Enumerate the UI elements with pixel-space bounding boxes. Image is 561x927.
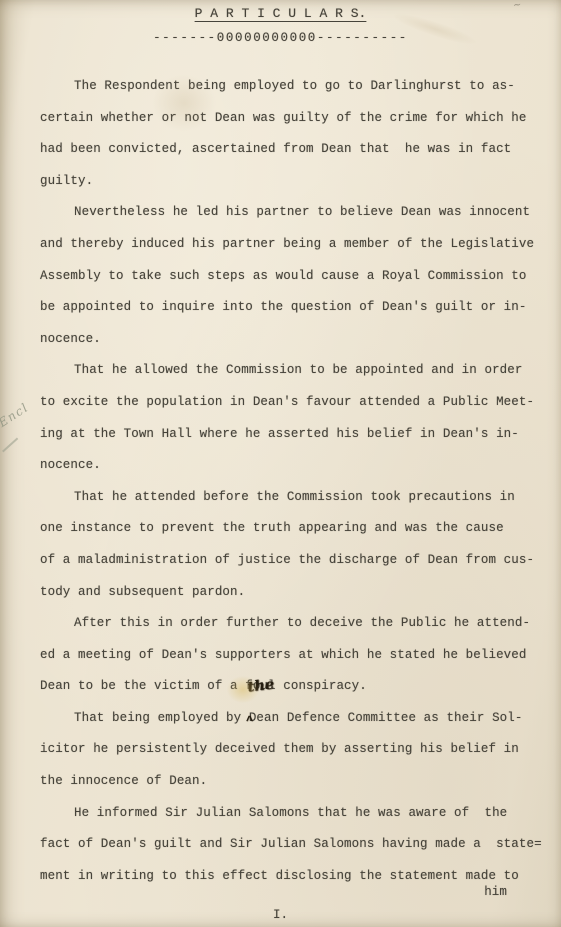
document-line: Dean to be the victim of a foul conspira…	[40, 671, 537, 703]
document-line: to excite the population in Dean's favou…	[40, 387, 537, 419]
document-line: That he attended before the Commission t…	[40, 482, 537, 514]
document-line: ment in writing to this effect disclosin…	[40, 861, 537, 893]
paper-stain	[227, 676, 259, 703]
document-line: nocence.	[40, 324, 537, 356]
document-line: of a maladministration of justice the di…	[40, 545, 537, 577]
document-line: the innocence of Dean.	[40, 766, 537, 798]
title-ornament: -------00000000000----------	[0, 31, 561, 45]
document-line: certain whether or not Dean was guilty o…	[40, 103, 537, 135]
document-line: He informed Sir Julian Salomons that he …	[40, 798, 537, 830]
document-line: Assembly to take such steps as would cau…	[40, 261, 537, 293]
document-line: ed a meeting of Dean's supporters at whi…	[40, 640, 537, 672]
document-line: ing at the Town Hall where he asserted h…	[40, 419, 537, 451]
document-line: That he allowed the Commission to be app…	[40, 355, 537, 387]
document-line: icitor he persistently deceived them by …	[40, 734, 537, 766]
scanned-document-page: P A R T I C U L A R S. -------0000000000…	[0, 0, 561, 927]
paper-smudge	[152, 74, 216, 132]
page-title: P A R T I C U L A R S.	[0, 6, 561, 21]
pencil-mark: ~	[512, 0, 522, 12]
document-line: guilty.	[40, 166, 537, 198]
document-line: Nevertheless he led his partner to belie…	[40, 197, 537, 229]
document-line: That being employed by Dean Defence Comm…	[40, 703, 537, 735]
document-line: tody and subsequent pardon.	[40, 577, 537, 609]
document-line: fact of Dean's guilt and Sir Julian Salo…	[40, 829, 537, 861]
document-line: After this in order further to deceive t…	[40, 608, 537, 640]
document-line: one instance to prevent the truth appear…	[40, 513, 537, 545]
document-line: nocence.	[40, 450, 537, 482]
document-line: and thereby induced his partner being a …	[40, 229, 537, 261]
document-line: The Respondent being employed to go to D…	[40, 71, 537, 103]
document-line: be appointed to inquire into the questio…	[40, 292, 537, 324]
document-line: had been convicted, ascertained from Dea…	[40, 134, 537, 166]
document-body: The Respondent being employed to go to D…	[0, 71, 561, 909]
insertion-caret: ^	[246, 714, 253, 728]
page-number: I.	[0, 908, 561, 922]
